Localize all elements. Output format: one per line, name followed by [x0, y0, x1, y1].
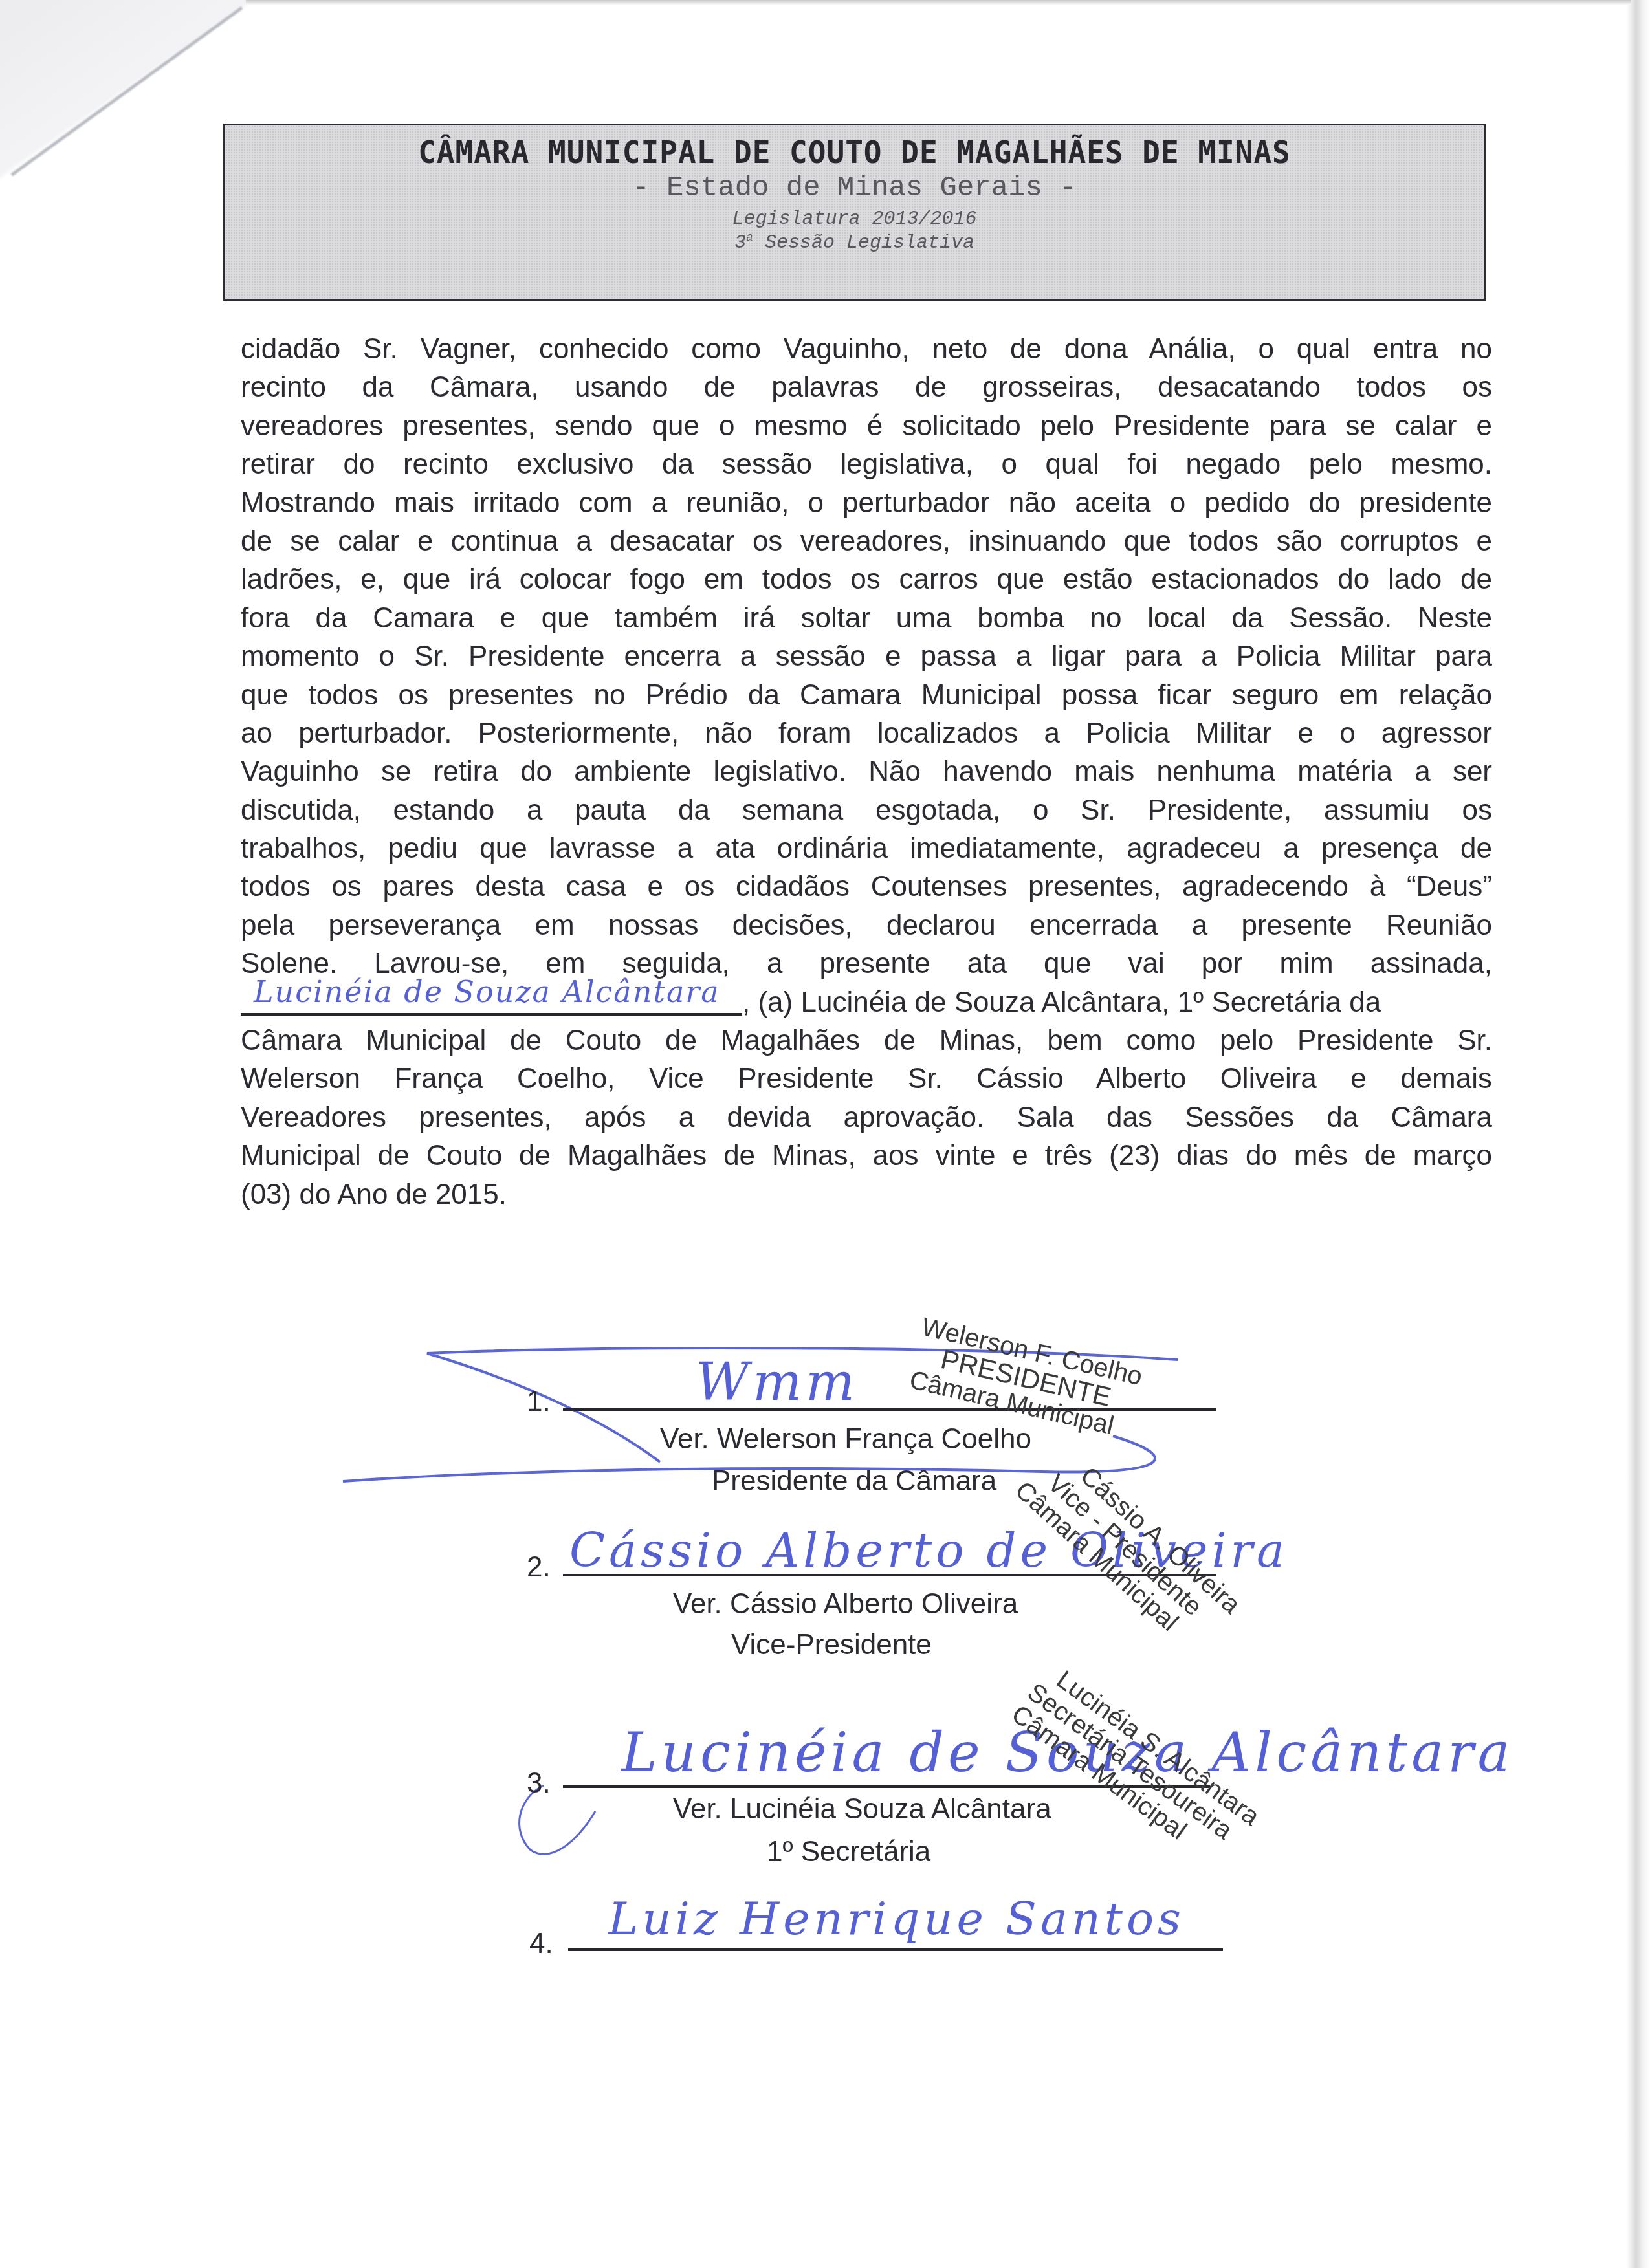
handwritten-signature: Luiz Henrique Santos	[608, 1892, 1185, 1945]
body-line: pela perseverança em nossas decisões, de…	[241, 906, 1492, 944]
closing-line: (03) do Ano de 2015.	[241, 1175, 1492, 1214]
signatory-role: 1º Secretária	[767, 1836, 930, 1868]
closing-line: Municipal de Couto de Magalhães de Minas…	[241, 1137, 1492, 1175]
signature-number: 2.	[527, 1551, 551, 1584]
body-line: de se calar e continua a desacatar os ve…	[241, 522, 1492, 560]
scan-top-edge	[246, 0, 1631, 5]
body-line: ao perturbador. Posteriormente, não fora…	[241, 714, 1492, 752]
body-line: Mostrando mais irritado com a reunião, o…	[241, 484, 1492, 522]
scan-edge-shadow	[1627, 0, 1650, 2268]
body-line: trabalhos, pediu que lavrasse a ata ordi…	[241, 829, 1492, 867]
session-label: Sessão Legislativa	[765, 232, 974, 254]
body-line: vereadores presentes, sendo que o mesmo …	[241, 407, 1492, 445]
signature-number: 3.	[527, 1767, 551, 1800]
signature-number: 4.	[529, 1928, 553, 1960]
session-ordinal: a	[746, 232, 753, 245]
signatory-name: Ver. Welerson França Coelho	[660, 1423, 1031, 1456]
signed-line: Lucinéia de Souza Alcântara, (a) Lucinéi…	[241, 983, 1492, 1021]
body-line: todos os pares desta casa e os cidadãos …	[241, 867, 1492, 906]
body-line: que todos os presentes no Prédio da Cama…	[241, 676, 1492, 714]
closing-line: Welerson França Coelho, Vice Presidente …	[241, 1060, 1492, 1098]
body-line: cidadão Sr. Vagner, conhecido como Vagui…	[241, 330, 1492, 368]
legislative-session: 3a Sessão Legislativa	[225, 232, 1484, 254]
body-line: retirar do recinto exclusivo da sessão l…	[241, 445, 1492, 483]
body-line: fora da Camara e que também irá soltar u…	[241, 599, 1492, 637]
institution-name: CÂMARA MUNICIPAL DE COUTO DE MAGALHÃES D…	[225, 134, 1484, 171]
minutes-body: cidadão Sr. Vagner, conhecido como Vagui…	[241, 330, 1492, 1214]
legislature-period: Legislatura 2013/2016	[225, 208, 1484, 230]
body-line: ladrões, e, que irá colocar fogo em todo…	[241, 560, 1492, 598]
inline-handwritten-signature: Lucinéia de Souza Alcântara	[254, 973, 720, 1011]
state-name: - Estado de Minas Gerais -	[225, 172, 1484, 204]
inline-signature-field[interactable]: Lucinéia de Souza Alcântara	[241, 983, 742, 1016]
signatory-name: Ver. Lucinéia Souza Alcântara	[673, 1793, 1051, 1826]
signature-line[interactable]	[568, 1948, 1223, 1951]
closing-line: Câmara Municipal de Couto de Magalhães d…	[241, 1021, 1492, 1060]
signatory-role: Presidente da Câmara	[712, 1465, 996, 1498]
handwritten-signature: Wmm	[696, 1352, 859, 1412]
body-line: Vaguinho se retira do ambiente legislati…	[241, 752, 1492, 791]
signed-line-text: , (a) Lucinéia de Souza Alcântara, 1º Se…	[742, 987, 1381, 1018]
body-line: recinto da Câmara, usando de palavras de…	[241, 368, 1492, 406]
session-number: 3	[734, 232, 746, 254]
body-line: discutida, estando a pauta da semana esg…	[241, 791, 1492, 829]
signatory-name: Ver. Cássio Alberto Oliveira	[673, 1588, 1018, 1620]
letterhead: CÂMARA MUNICIPAL DE COUTO DE MAGALHÃES D…	[223, 124, 1486, 301]
body-line: momento o Sr. Presidente encerra a sessã…	[241, 637, 1492, 675]
signatory-role: Vice-Presidente	[731, 1629, 932, 1661]
signature-number: 1.	[527, 1386, 551, 1418]
closing-line: Vereadores presentes, após a devida apro…	[241, 1098, 1492, 1137]
